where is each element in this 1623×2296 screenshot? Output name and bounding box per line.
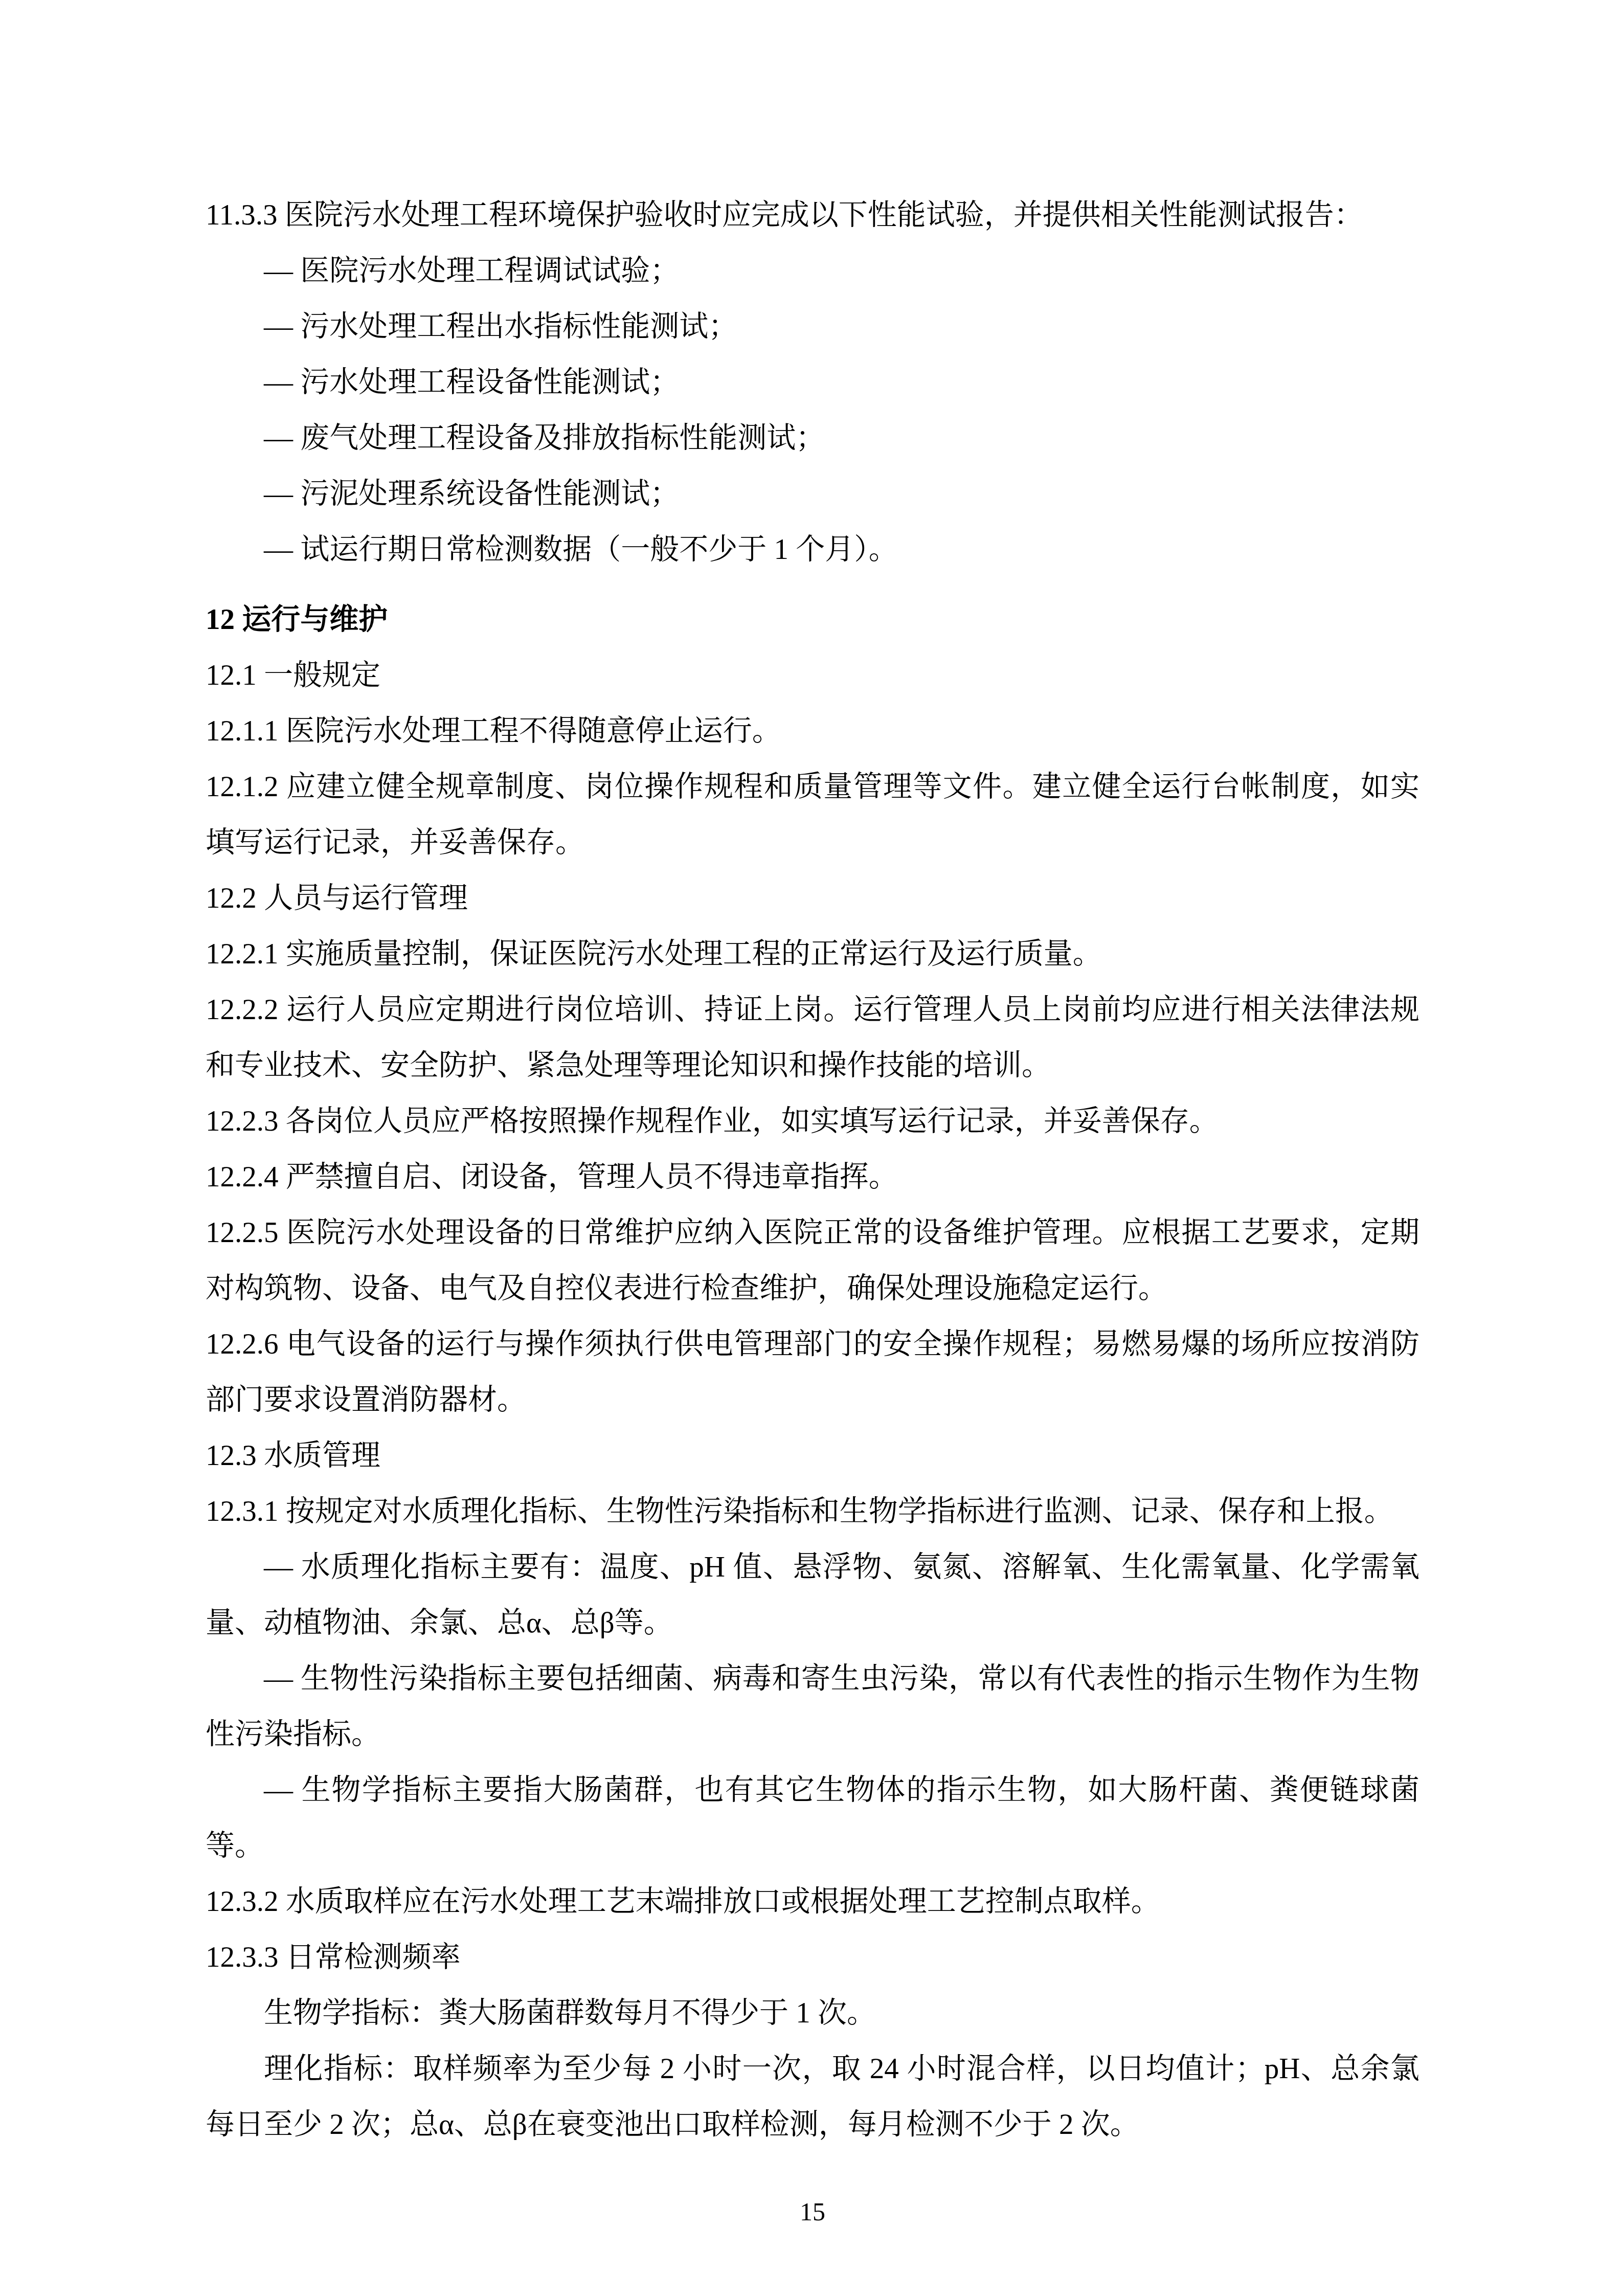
list-item: — 污水处理工程设备性能测试； [206,354,1419,410]
list-item: — 水质理化指标主要有：温度、pH 值、悬浮物、氨氮、溶解氧、生化需氧量、化学需… [206,1539,1419,1651]
page-number: 15 [206,2184,1419,2239]
clause-12-2-2: 12.2.2 运行人员应定期进行岗位培训、持证上岗。运行管理人员上岗前均应进行相… [206,982,1419,1093]
list-item: — 废气处理工程设备及排放指标性能测试； [206,410,1419,466]
clause-12-3-1: 12.3.1 按规定对水质理化指标、生物性污染指标和生物学指标进行监测、记录、保… [206,1483,1419,1539]
clause-12-2-1: 12.2.1 实施质量控制，保证医院污水处理工程的正常运行及运行质量。 [206,926,1419,982]
list-item: — 污水处理工程出水指标性能测试； [206,299,1419,354]
section-heading-12: 12 运行与维护 [206,592,1419,647]
clause-11-3-3: 11.3.3 医院污水处理工程环境保护验收时应完成以下性能试验，并提供相关性能测… [206,187,1419,243]
list-item: — 医院污水处理工程调试试验； [206,243,1419,299]
clause-12-3-2: 12.3.2 水质取样应在污水处理工艺末端排放口或根据处理工艺控制点取样。 [206,1874,1419,1929]
clause-12-2: 12.2 人员与运行管理 [206,870,1419,926]
list-item: — 生物性污染指标主要包括细菌、病毒和寄生虫污染，常以有代表性的指示生物作为生物… [206,1651,1419,1762]
clause-12-2-4: 12.2.4 严禁擅自启、闭设备，管理人员不得违章指挥。 [206,1149,1419,1205]
document-page: 11.3.3 医院污水处理工程环境保护验收时应完成以下性能试验，并提供相关性能测… [0,0,1623,2296]
clause-12-2-6: 12.2.6 电气设备的运行与操作须执行供电管理部门的安全操作规程；易燃易爆的场… [206,1316,1419,1428]
clause-12-3: 12.3 水质管理 [206,1428,1419,1483]
indent-line-physchem: 理化指标：取样频率为至少每 2 小时一次，取 24 小时混合样，以日均值计；pH… [206,2041,1419,2152]
list-item: — 污泥处理系统设备性能测试； [206,466,1419,522]
indent-line-biological: 生物学指标：粪大肠菌群数每月不得少于 1 次。 [206,1985,1419,2041]
clause-12-2-5: 12.2.5 医院污水处理设备的日常维护应纳入医院正常的设备维护管理。应根据工艺… [206,1205,1419,1316]
document-body: 11.3.3 医院污水处理工程环境保护验收时应完成以下性能试验，并提供相关性能测… [206,187,1419,2152]
list-item: — 试运行期日常检测数据（一般不少于 1 个月）。 [206,522,1419,577]
clause-12-1-1: 12.1.1 医院污水处理工程不得随意停止运行。 [206,703,1419,759]
clause-12-1: 12.1 一般规定 [206,647,1419,703]
clause-12-3-3: 12.3.3 日常检测频率 [206,1929,1419,1985]
list-item: — 生物学指标主要指大肠菌群，也有其它生物体的指示生物，如大肠杆菌、粪便链球菌等… [206,1762,1419,1874]
clause-12-1-2: 12.1.2 应建立健全规章制度、岗位操作规程和质量管理等文件。建立健全运行台帐… [206,759,1419,870]
clause-12-2-3: 12.2.3 各岗位人员应严格按照操作规程作业，如实填写运行记录，并妥善保存。 [206,1093,1419,1149]
